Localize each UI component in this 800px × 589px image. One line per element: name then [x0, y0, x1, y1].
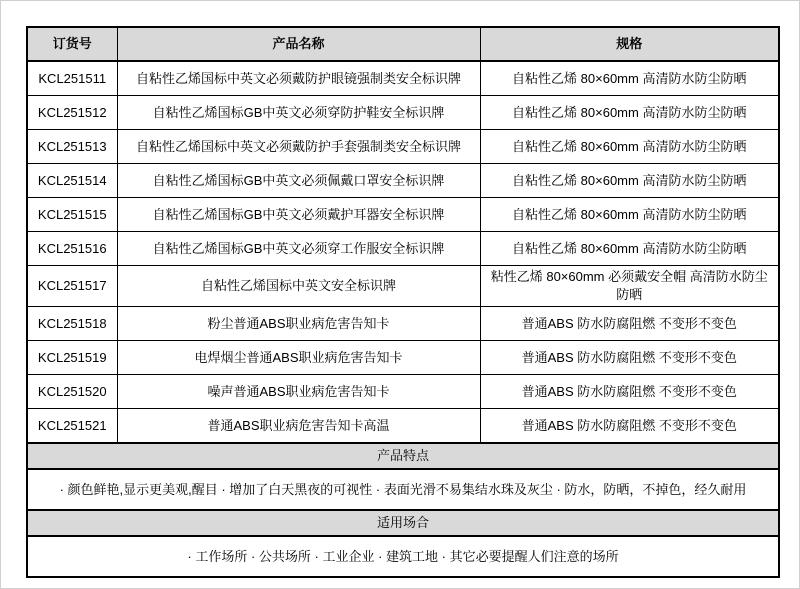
product-name-cell: 自粘性乙烯国标GB中英文必须戴护耳器安全标识牌: [117, 198, 480, 232]
table-row: KCL251519 电焊烟尘普通ABS职业病危害告知卡 普通ABS 防水防腐阻燃…: [27, 341, 779, 375]
section-header-usage: 适用场合: [27, 510, 779, 536]
table-row: KCL251513 自粘性乙烯国标中英文必须戴防护手套强制类安全标识牌 自粘性乙…: [27, 130, 779, 164]
order-no-cell: KCL251512: [27, 96, 117, 130]
product-name-cell: 自粘性乙烯国标GB中英文必须穿防护鞋安全标识牌: [117, 96, 480, 130]
product-spec-sheet: 订货号 产品名称 规格 KCL251511 自粘性乙烯国标中英文必须戴防护眼镜强…: [0, 0, 800, 589]
product-name-cell: 自粘性乙烯国标中英文必须戴防护手套强制类安全标识牌: [117, 130, 480, 164]
table-row: KCL251514 自粘性乙烯国标GB中英文必须佩戴口罩安全标识牌 自粘性乙烯 …: [27, 164, 779, 198]
spec-cell: 自粘性乙烯 80×60mm 高清防水防尘防晒: [480, 130, 779, 164]
col-header-order-no: 订货号: [27, 27, 117, 61]
product-name-cell: 自粘性乙烯国标中英文安全标识牌: [117, 266, 480, 307]
order-no-cell: KCL251516: [27, 232, 117, 266]
section-content-usage-row: · 工作场所 · 公共场所 · 工业企业 · 建筑工地 · 其它必要提醒人们注意…: [27, 536, 779, 577]
table-row: KCL251516 自粘性乙烯国标GB中英文必须穿工作服安全标识牌 自粘性乙烯 …: [27, 232, 779, 266]
spec-cell: 自粘性乙烯 80×60mm 高清防水防尘防晒: [480, 232, 779, 266]
spec-cell: 普通ABS 防水防腐阻燃 不变形不变色: [480, 307, 779, 341]
table-row: KCL251512 自粘性乙烯国标GB中英文必须穿防护鞋安全标识牌 自粘性乙烯 …: [27, 96, 779, 130]
table-row: KCL251511 自粘性乙烯国标中英文必须戴防护眼镜强制类安全标识牌 自粘性乙…: [27, 61, 779, 96]
section-header-features-row: 产品特点: [27, 443, 779, 469]
table-row: KCL251520 噪声普通ABS职业病危害告知卡 普通ABS 防水防腐阻燃 不…: [27, 375, 779, 409]
col-header-spec: 规格: [480, 27, 779, 61]
order-no-cell: KCL251513: [27, 130, 117, 164]
order-no-cell: KCL251511: [27, 61, 117, 96]
spec-cell: 自粘性乙烯 80×60mm 高清防水防尘防晒: [480, 198, 779, 232]
spec-cell: 粘性乙烯 80×60mm 必须戴安全帽 高清防水防尘防晒: [480, 266, 779, 307]
table-header-row: 订货号 产品名称 规格: [27, 27, 779, 61]
product-name-cell: 自粘性乙烯国标GB中英文必须穿工作服安全标识牌: [117, 232, 480, 266]
product-name-cell: 自粘性乙烯国标GB中英文必须佩戴口罩安全标识牌: [117, 164, 480, 198]
col-header-product-name: 产品名称: [117, 27, 480, 61]
usage-content: · 工作场所 · 公共场所 · 工业企业 · 建筑工地 · 其它必要提醒人们注意…: [27, 536, 779, 577]
table-row: KCL251521 普通ABS职业病危害告知卡高温 普通ABS 防水防腐阻燃 不…: [27, 409, 779, 444]
section-header-features: 产品特点: [27, 443, 779, 469]
spec-cell: 普通ABS 防水防腐阻燃 不变形不变色: [480, 341, 779, 375]
order-no-cell: KCL251514: [27, 164, 117, 198]
order-no-cell: KCL251520: [27, 375, 117, 409]
order-no-cell: KCL251515: [27, 198, 117, 232]
table-row: KCL251517 自粘性乙烯国标中英文安全标识牌 粘性乙烯 80×60mm 必…: [27, 266, 779, 307]
order-no-cell: KCL251519: [27, 341, 117, 375]
order-no-cell: KCL251517: [27, 266, 117, 307]
table-row: KCL251518 粉尘普通ABS职业病危害告知卡 普通ABS 防水防腐阻燃 不…: [27, 307, 779, 341]
section-header-usage-row: 适用场合: [27, 510, 779, 536]
product-name-cell: 噪声普通ABS职业病危害告知卡: [117, 375, 480, 409]
spec-cell: 普通ABS 防水防腐阻燃 不变形不变色: [480, 375, 779, 409]
product-table: 订货号 产品名称 规格 KCL251511 自粘性乙烯国标中英文必须戴防护眼镜强…: [26, 26, 780, 578]
spec-cell: 自粘性乙烯 80×60mm 高清防水防尘防晒: [480, 61, 779, 96]
order-no-cell: KCL251521: [27, 409, 117, 444]
product-name-cell: 电焊烟尘普通ABS职业病危害告知卡: [117, 341, 480, 375]
spec-cell: 普通ABS 防水防腐阻燃 不变形不变色: [480, 409, 779, 444]
section-content-features-row: · 颜色鲜艳,显示更美观,醒目 · 增加了白天黑夜的可视性 · 表面光滑不易集结…: [27, 469, 779, 510]
spec-cell: 自粘性乙烯 80×60mm 高清防水防尘防晒: [480, 96, 779, 130]
order-no-cell: KCL251518: [27, 307, 117, 341]
features-content: · 颜色鲜艳,显示更美观,醒目 · 增加了白天黑夜的可视性 · 表面光滑不易集结…: [27, 469, 779, 510]
table-row: KCL251515 自粘性乙烯国标GB中英文必须戴护耳器安全标识牌 自粘性乙烯 …: [27, 198, 779, 232]
product-name-cell: 粉尘普通ABS职业病危害告知卡: [117, 307, 480, 341]
product-name-cell: 自粘性乙烯国标中英文必须戴防护眼镜强制类安全标识牌: [117, 61, 480, 96]
product-name-cell: 普通ABS职业病危害告知卡高温: [117, 409, 480, 444]
spec-cell: 自粘性乙烯 80×60mm 高清防水防尘防晒: [480, 164, 779, 198]
